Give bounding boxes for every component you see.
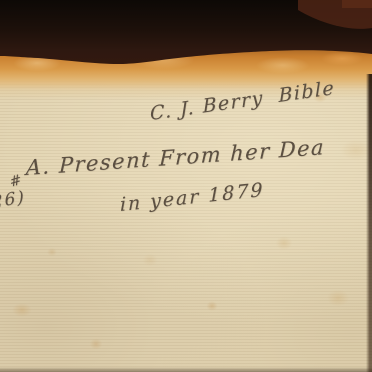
book-inscription-photo: C. J. Berry Bible A. Present From her De… <box>0 0 372 372</box>
inscription-line-2: A. Present From her Dea <box>26 135 326 180</box>
book-cover-band <box>0 0 372 78</box>
margin-mark-number: 26) <box>0 187 26 213</box>
bottom-edge-shadow <box>0 367 372 372</box>
right-page-edge-shadow <box>366 74 372 372</box>
cover-corner-highlight <box>342 0 372 8</box>
inscription-line-3: in year 1879 <box>120 179 264 216</box>
